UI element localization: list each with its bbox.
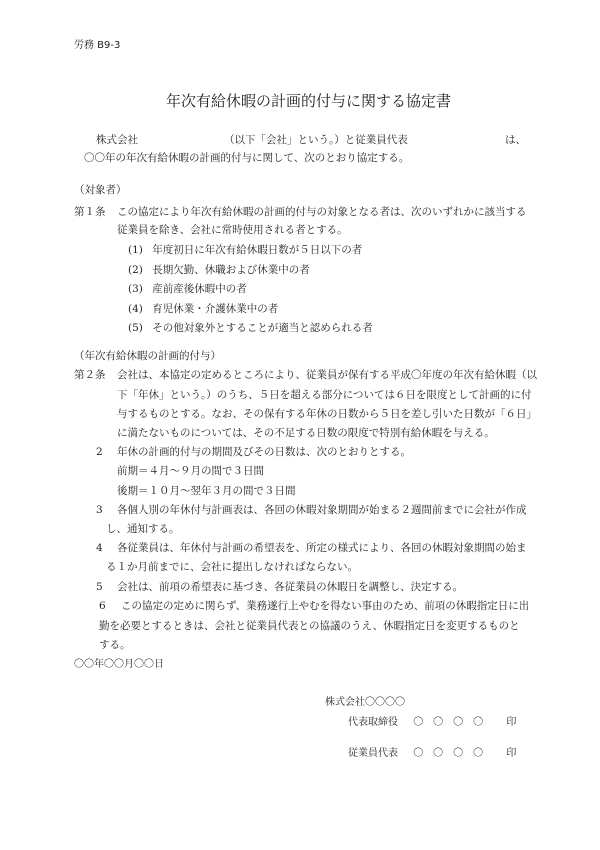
article2-p1-line2: 下「年休」という。）のうち、５日を超える部分については６日を限度として計画的に付 — [117, 388, 532, 402]
rep-name: 〇 〇 〇 〇 — [413, 716, 483, 730]
agreement-date: 〇〇年〇〇月〇〇日 — [74, 658, 164, 672]
article1-item: (5) その他対象外とすることが適当と認められる者 — [128, 321, 373, 335]
item-number: (4) — [128, 303, 143, 315]
item-text: その他対象外とすることが適当と認められる者 — [152, 322, 373, 334]
article1-item: (3) 産前産後休暇中の者 — [128, 282, 247, 296]
article2-p2-text: 年休の計画的付与の期間及びその日数は、次のとおりとする。 — [117, 445, 411, 459]
document-id: 労務 B9-3 — [74, 39, 120, 53]
article2-heading: （年次有給休暇の計画的付与） — [74, 349, 221, 363]
article2-p4-line1: 各従業員は、年休付与計画の希望表を、所定の様式により、各回の休暇対象期間の始ま — [117, 541, 527, 555]
article1-text-line2: 従業員を除き、会社に常時使用される者とする。 — [117, 223, 348, 237]
item-number: (5) — [128, 322, 143, 334]
article1-heading: （対象者） — [74, 183, 127, 197]
rep-seal: 印 — [506, 716, 516, 730]
article2-p4-number: 4 — [96, 541, 103, 555]
article1-number: 第１条 — [74, 205, 106, 219]
article2-p4-line2: る１か月前までに、会社に提出しなければならない。 — [106, 560, 358, 574]
emp-name: 〇 〇 〇 〇 — [413, 747, 483, 761]
article2-p3-line1: 各個人別の年休付与計画表は、各回の休暇対象期間が始まる２週間前までに会社が作成 — [117, 503, 527, 517]
article2-second-half: 後期＝１０月～翌年３月の間で３日間 — [117, 484, 296, 498]
article2-p1-line3: 与するものとする。なお、その保有する年休の日数から５日を差し引いた日数が「６日」 — [117, 407, 537, 421]
article2-number: 第２条 — [74, 368, 106, 382]
intro-line2: 〇〇年の年次有給休暇の計画的付与に関して、次のとおり協定する。 — [84, 151, 409, 165]
article2-p1-line4: に満たないものについては、その不足する日数の限度で特別有給休暇を与える。 — [117, 426, 495, 440]
signature-company: 株式会社〇〇〇〇 — [325, 696, 405, 710]
item-text: 産前産後休暇中の者 — [152, 283, 247, 295]
article1-item: (2) 長期欠勤、休職および休業中の者 — [128, 263, 310, 277]
article2-p6-line2: 勤を必要とするときは、会社と従業員代表との協議のうえ、休暇指定日を変更するものと — [99, 619, 520, 633]
document-title: 年次有給休暇の計画的付与に関する協定書 — [166, 91, 451, 111]
article2-p6-line1: この協定の定めに関らず、業務遂行上やむを得ない事由のため、前項の休暇指定日に出 — [121, 599, 529, 613]
article2-p3-number: 3 — [96, 503, 103, 517]
article2-p3-line2: し、通知する。 — [106, 522, 180, 536]
emp-title: 従業員代表 — [348, 747, 398, 761]
article2-p6-number: 6 — [99, 599, 106, 613]
item-number: (3) — [128, 283, 143, 295]
emp-seal: 印 — [506, 747, 516, 761]
article1-item: (4) 育児休業・介護休業中の者 — [128, 302, 278, 316]
article2-p5-number: 5 — [96, 580, 103, 594]
article1-text-line1: この協定により年次有給休暇の計画的付与の対象となる者は、次のいずれかに該当する — [117, 205, 527, 219]
item-number: (1) — [128, 244, 143, 256]
item-text: 育児休業・介護休業中の者 — [152, 303, 278, 315]
article2-p5-text: 会社は、前項の希望表に基づき、各従業員の休暇日を調整し、決定する。 — [117, 580, 463, 594]
item-number: (2) — [128, 264, 143, 276]
intro-middle: （以下「会社」という。）と従業員代表 — [224, 133, 408, 147]
item-text: 年度初日に年次有給休暇日数が５日以下の者 — [152, 244, 362, 256]
intro-company: 株式会社 — [96, 133, 138, 147]
article2-first-half: 前期＝４月～９月の間で３日間 — [117, 464, 264, 478]
intro-end: は、 — [505, 133, 526, 147]
signature-representative: 代表取締役 〇 〇 〇 〇 印 — [348, 716, 516, 730]
item-text: 長期欠勤、休職および休業中の者 — [152, 264, 310, 276]
article2-p1-line1: 会社は、本協定の定めるところにより、従業員が保有する平成〇年度の年次有給休暇（以 — [117, 368, 537, 382]
article1-item: (1) 年度初日に年次有給休暇日数が５日以下の者 — [128, 243, 362, 257]
article2-p2-number: 2 — [96, 445, 103, 459]
rep-title: 代表取締役 — [348, 716, 398, 730]
signature-employee-rep: 従業員代表 〇 〇 〇 〇 印 — [348, 747, 516, 761]
article2-p6-line3: する。 — [99, 638, 131, 652]
